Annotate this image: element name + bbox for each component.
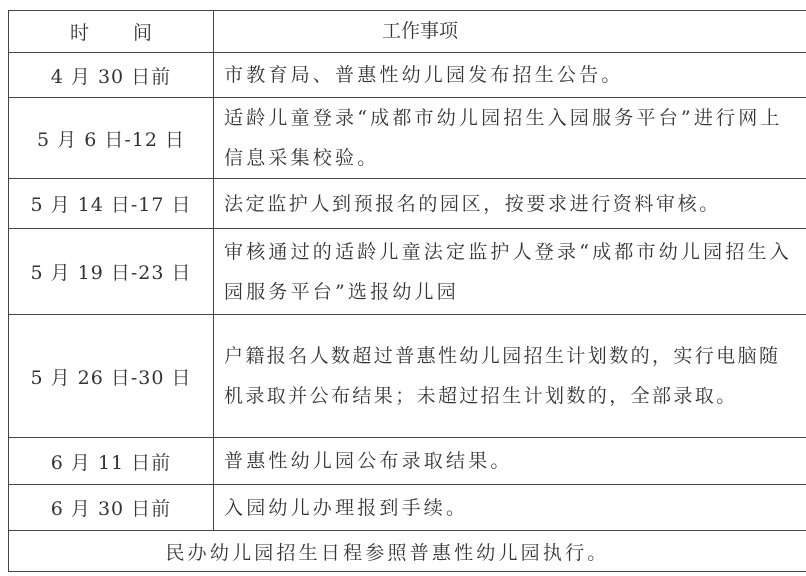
header-time: 时间 [9,11,214,53]
table-row: 5 月 14 日-17 日 法定监护人到预报名的园区，按要求进行资料审核。 [9,179,806,229]
row-time: 5 月 19 日-23 日 [9,229,214,315]
row-task: 适龄儿童登录“成都市幼儿园招生入园服务平台”进行网上信息采集校验。 [214,98,806,179]
row-task: 市教育局、普惠性幼儿园发布招生公告。 [214,53,806,98]
table-row: 5 月 26 日-30 日 户籍报名人数超过普惠性幼儿园招生计划数的，实行电脑随… [9,315,806,438]
header-time-char-1: 时 [70,22,89,44]
row-time: 5 月 26 日-30 日 [9,315,214,438]
table-footer-row: 民办幼儿园招生日程参照普惠性幼儿园执行。 [9,531,806,572]
table-row: 6 月 11 日前 普惠性幼儿园公布录取结果。 [9,438,806,485]
row-task: 法定监护人到预报名的园区，按要求进行资料审核。 [214,179,806,229]
table-row: 4 月 30 日前 市教育局、普惠性幼儿园发布招生公告。 [9,53,806,98]
row-task: 入园幼儿办理报到手续。 [214,485,806,531]
footer-note: 民办幼儿园招生日程参照普惠性幼儿园执行。 [9,531,806,572]
row-time: 4 月 30 日前 [9,53,214,98]
row-time: 5 月 14 日-17 日 [9,179,214,229]
row-time: 6 月 30 日前 [9,485,214,531]
header-task: 工作事项 [214,11,806,53]
row-time: 5 月 6 日-12 日 [9,98,214,179]
row-task: 审核通过的适龄儿童法定监护人登录“成都市幼儿园招生入园服务平台”选报幼儿园 [214,229,806,315]
table-header-row: 时间 工作事项 [9,11,806,53]
table-row: 6 月 30 日前 入园幼儿办理报到手续。 [9,485,806,531]
row-time: 6 月 11 日前 [9,438,214,485]
row-task: 普惠性幼儿园公布录取结果。 [214,438,806,485]
header-time-char-2: 间 [133,22,152,44]
row-task: 户籍报名人数超过普惠性幼儿园招生计划数的，实行电脑随机录取并公布结果；未超过招生… [214,315,806,438]
table-row: 5 月 19 日-23 日 审核通过的适龄儿童法定监护人登录“成都市幼儿园招生入… [9,229,806,315]
table-row: 5 月 6 日-12 日 适龄儿童登录“成都市幼儿园招生入园服务平台”进行网上信… [9,98,806,179]
enrollment-schedule-table: 时间 工作事项 4 月 30 日前 市教育局、普惠性幼儿园发布招生公告。 5 月… [8,10,806,572]
